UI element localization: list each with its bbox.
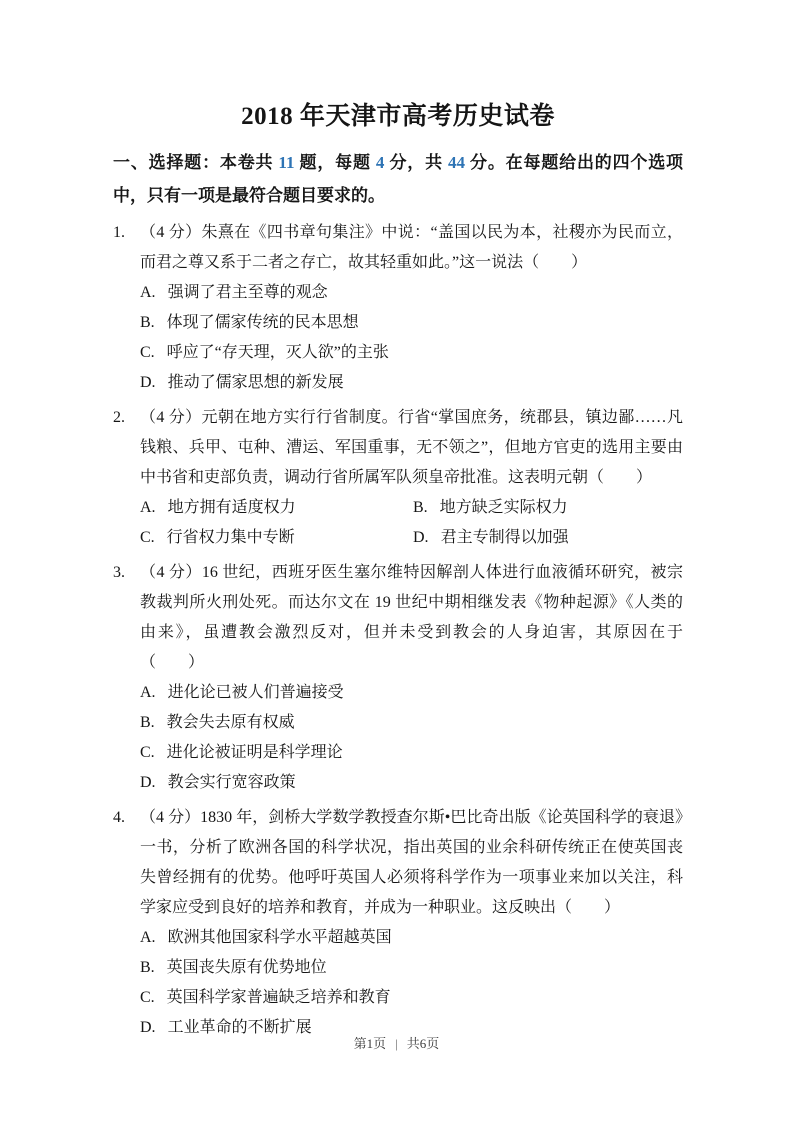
option-item: B.教会失去原有权威 bbox=[140, 708, 683, 738]
option-text: 君主专制得以加强 bbox=[441, 529, 569, 546]
option-text: 欧洲其他国家科学水平超越英国 bbox=[168, 929, 392, 946]
option-text: 英国科学家普遍缺乏培养和教育 bbox=[167, 989, 391, 1006]
option-label: D. bbox=[140, 774, 156, 791]
question-item-1: 1. （4 分）朱熹在《四书章句集注》中说：“盖国以民为本，社稷亦为民而立，而君… bbox=[113, 218, 683, 398]
option-text: 进化论被证明是科学理论 bbox=[167, 744, 343, 761]
option-item: A.强调了君主至尊的观念 bbox=[140, 278, 683, 308]
option-item: C.呼应了“存天理，灭人欲”的主张 bbox=[140, 338, 683, 368]
option-item: C.进化论被证明是科学理论 bbox=[140, 738, 683, 768]
question-count: 11 bbox=[278, 153, 294, 172]
current-page-indicator: 第1页 bbox=[354, 1036, 387, 1051]
option-label: A. bbox=[140, 284, 156, 301]
question-stem: （4 分）1830 年，剑桥大学数学教授查尔斯•巴比奇出版《论英国科学的衰退》一… bbox=[140, 803, 683, 923]
total-points: 44 bbox=[448, 153, 465, 172]
option-item: B.英国丧失原有优势地位 bbox=[140, 953, 683, 983]
page-separator: | bbox=[395, 1036, 398, 1051]
option-text: 进化论已被人们普遍接受 bbox=[168, 684, 344, 701]
option-item: C.英国科学家普遍缺乏培养和教育 bbox=[140, 983, 683, 1013]
option-label: C. bbox=[140, 989, 155, 1006]
question-stem: （4 分）元朝在地方实行行省制度。行省“掌国庶务，统郡县，镇边鄙……凡钱粮、兵甲… bbox=[140, 403, 683, 493]
section-instructions: 一、选择题：本卷共 11 题，每题 4 分，共 44 分。在每题给出的四个选项中… bbox=[113, 146, 683, 212]
option-label: C. bbox=[140, 744, 155, 761]
option-text: 教会失去原有权威 bbox=[167, 714, 295, 731]
option-text: 体现了儒家传统的民本思想 bbox=[167, 314, 359, 331]
intro-segment: 分，共 bbox=[384, 153, 448, 172]
option-text: 呼应了“存天理，灭人欲”的主张 bbox=[167, 344, 389, 361]
question-stem-text: 1830 年，剑桥大学数学教授查尔斯•巴比奇出版《论英国科学的衰退》一书，分析了… bbox=[140, 809, 683, 916]
option-item: D.教会实行宽容政策 bbox=[140, 768, 683, 798]
option-text: 强调了君主至尊的观念 bbox=[168, 284, 328, 301]
question-number: 1. bbox=[113, 218, 125, 248]
options-list: A.地方拥有适度权力 B.地方缺乏实际权力 C.行省权力集中专断 D.君主专制得… bbox=[140, 493, 683, 553]
option-item: A.地方拥有适度权力 bbox=[140, 493, 413, 523]
question-points: （4 分） bbox=[140, 224, 201, 241]
option-text: 教会实行宽容政策 bbox=[168, 774, 296, 791]
question-stem: （4 分）朱熹在《四书章句集注》中说：“盖国以民为本，社稷亦为民而立，而君之尊又… bbox=[140, 218, 683, 278]
option-text: 推动了儒家思想的新发展 bbox=[168, 374, 344, 391]
option-label: C. bbox=[140, 529, 155, 546]
intro-segment: 一、选择题：本卷共 bbox=[113, 153, 278, 172]
intro-segment: 题，每题 bbox=[294, 153, 375, 172]
options-list: A.欧洲其他国家科学水平超越英国 B.英国丧失原有优势地位 C.英国科学家普遍缺… bbox=[140, 923, 683, 1043]
option-label: A. bbox=[140, 929, 156, 946]
question-stem: （4 分）16 世纪，西班牙医生塞尔维特因解剖人体进行血液循环研究，被宗教裁判所… bbox=[140, 558, 683, 678]
question-points: （4 分） bbox=[140, 564, 202, 581]
question-points: （4 分） bbox=[140, 809, 200, 826]
option-label: D. bbox=[413, 529, 429, 546]
option-text: 英国丧失原有优势地位 bbox=[167, 959, 327, 976]
question-number: 2. bbox=[113, 403, 125, 433]
total-pages-indicator: 共6页 bbox=[407, 1036, 440, 1051]
option-label: C. bbox=[140, 344, 155, 361]
option-item: A.进化论已被人们普遍接受 bbox=[140, 678, 683, 708]
option-label: B. bbox=[413, 499, 428, 516]
exam-page: 2018 年天津市高考历史试卷 一、选择题：本卷共 11 题，每题 4 分，共 … bbox=[0, 0, 793, 1122]
option-text: 行省权力集中专断 bbox=[167, 529, 295, 546]
option-item: A.欧洲其他国家科学水平超越英国 bbox=[140, 923, 683, 953]
question-number: 4. bbox=[113, 803, 125, 833]
option-label: A. bbox=[140, 499, 156, 516]
question-list: 1. （4 分）朱熹在《四书章句集注》中说：“盖国以民为本，社稷亦为民而立，而君… bbox=[113, 218, 683, 1043]
option-label: D. bbox=[140, 374, 156, 391]
option-label: B. bbox=[140, 714, 155, 731]
question-item-3: 3. （4 分）16 世纪，西班牙医生塞尔维特因解剖人体进行血液循环研究，被宗教… bbox=[113, 558, 683, 798]
question-item-2: 2. （4 分）元朝在地方实行行省制度。行省“掌国庶务，统郡县，镇边鄙……凡钱粮… bbox=[113, 403, 683, 553]
question-stem-text: 元朝在地方实行行省制度。行省“掌国庶务，统郡县，镇边鄙……凡钱粮、兵甲、屯种、漕… bbox=[140, 409, 683, 486]
page-content: 2018 年天津市高考历史试卷 一、选择题：本卷共 11 题，每题 4 分，共 … bbox=[113, 96, 683, 1043]
question-stem-text: 朱熹在《四书章句集注》中说：“盖国以民为本，社稷亦为民而立，而君之尊又系于二者之… bbox=[140, 224, 683, 271]
option-label: B. bbox=[140, 959, 155, 976]
option-item: B.地方缺乏实际权力 bbox=[413, 493, 683, 523]
question-number: 3. bbox=[113, 558, 125, 588]
option-item: B.体现了儒家传统的民本思想 bbox=[140, 308, 683, 338]
option-item: D.君主专制得以加强 bbox=[413, 523, 683, 553]
question-item-4: 4. （4 分）1830 年，剑桥大学数学教授查尔斯•巴比奇出版《论英国科学的衰… bbox=[113, 803, 683, 1043]
question-stem-text: 16 世纪，西班牙医生塞尔维特因解剖人体进行血液循环研究，被宗教裁判所火刑处死。… bbox=[140, 564, 683, 671]
option-text: 地方缺乏实际权力 bbox=[440, 499, 568, 516]
options-list: A.强调了君主至尊的观念 B.体现了儒家传统的民本思想 C.呼应了“存天理，灭人… bbox=[140, 278, 683, 398]
page-title: 2018 年天津市高考历史试卷 bbox=[113, 96, 683, 132]
option-item: C.行省权力集中专断 bbox=[140, 523, 413, 553]
option-label: A. bbox=[140, 684, 156, 701]
options-list: A.进化论已被人们普遍接受 B.教会失去原有权威 C.进化论被证明是科学理论 D… bbox=[140, 678, 683, 798]
question-points: （4 分） bbox=[140, 409, 202, 426]
option-text: 地方拥有适度权力 bbox=[168, 499, 296, 516]
option-item: D.推动了儒家思想的新发展 bbox=[140, 368, 683, 398]
option-label: B. bbox=[140, 314, 155, 331]
page-footer: 第1页|共6页 bbox=[0, 1033, 793, 1052]
